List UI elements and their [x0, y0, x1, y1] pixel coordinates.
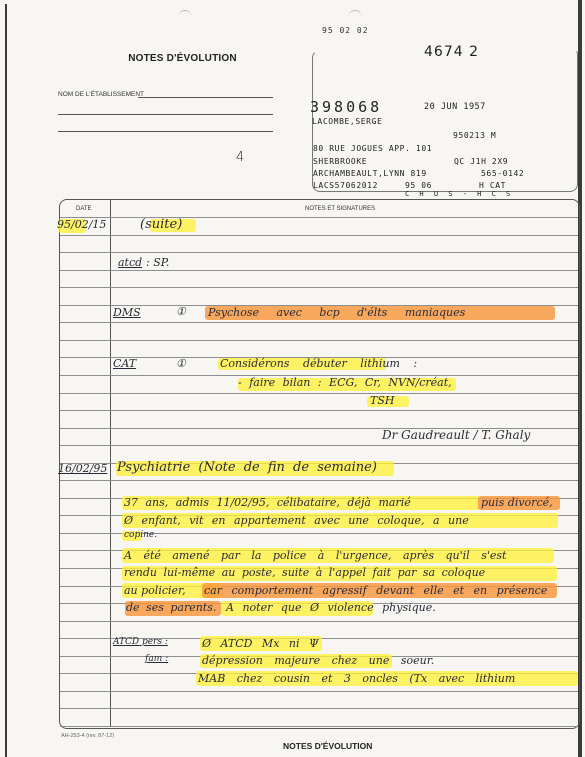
patient-city: SHERBROOKE — [313, 157, 367, 166]
establishment-line — [138, 97, 273, 98]
establishment-label: NOM DE L'ÉTABLISSEMENT — [58, 91, 144, 98]
patient-id: 398068 — [310, 98, 382, 116]
insurance-expiry: 95 06 — [405, 181, 432, 190]
history-family-label: fam : — [145, 654, 168, 664]
ruled-line — [60, 252, 578, 253]
patient-insurance: LACS57062012 — [313, 181, 378, 190]
paragraph-line: puis divorcé, — [481, 496, 553, 509]
ruled-line — [60, 726, 578, 727]
ruled-line — [60, 410, 578, 411]
patient-birthdate: 20 JUN 1957 — [424, 102, 486, 112]
establishment-line — [58, 131, 273, 132]
form-code: AH-253-4 (rev. 87-12) — [61, 733, 114, 739]
paragraph-line: de ses parents. — [126, 601, 216, 614]
history-family: MAB chez cousin et 3 oncles (Tx avec lit… — [198, 672, 515, 685]
paragraph-line: Ø enfant, vit en appartement avec une co… — [124, 514, 469, 527]
signature: Dr Gaudreault / T. Ghaly — [382, 428, 530, 442]
notes-column-header: NOTES ET SIGNATURES — [305, 206, 375, 212]
ruled-line — [60, 270, 578, 271]
entry-date: 95/02/15 — [57, 218, 106, 231]
footer-title: NOTES D'ÉVOLUTION — [283, 741, 372, 751]
scanned-form-page: NOTES D'ÉVOLUTION NOM DE L'ÉTABLISSEMENT… — [0, 0, 585, 757]
entry-label: CAT — [113, 357, 136, 370]
entry-line: - faire bilan : ECG, Cr, NVN/créat, — [238, 376, 452, 389]
ruled-line — [60, 340, 578, 341]
paragraph-line: rendu lui-même au poste, suite à l'appel… — [124, 566, 485, 579]
patient-phone: 565-0142 — [481, 169, 524, 178]
patient-code: 950213 M — [453, 131, 496, 140]
entry-line: : SP. — [146, 256, 169, 269]
page-number: 4 — [236, 150, 244, 165]
ruled-line — [60, 480, 578, 481]
entry-title: Psychiatrie (Note de fin de semaine) — [117, 460, 377, 475]
history-family: dépression majeure chez une soeur. — [202, 654, 434, 667]
entry-label: atcd — [118, 256, 142, 269]
ruled-line — [60, 445, 578, 446]
ruled-line — [60, 621, 578, 622]
paragraph-line: au policier, — [124, 584, 186, 597]
ruled-line — [60, 322, 578, 323]
patient-category: H CAT — [479, 181, 506, 190]
ruled-line — [60, 217, 578, 218]
left-edge — [5, 4, 7, 757]
date-column-header: DATE — [76, 206, 92, 212]
paragraph-line: A été amené par la police à l'urgence, a… — [124, 549, 506, 562]
entry-date: 16/02/95 — [58, 462, 107, 475]
ruled-line — [60, 287, 578, 288]
institution: C H U S - H C S — [405, 190, 513, 198]
date-stamp: 95 02 02 — [322, 26, 369, 35]
entry-marker: ① — [176, 305, 186, 318]
paragraph-line: copine. — [124, 530, 157, 540]
entry-line: (suite) — [140, 217, 182, 232]
ruled-line — [60, 393, 578, 394]
paragraph-line: car comportement agressif devant elle et… — [204, 584, 547, 597]
entry-line: Psychose avec bcp d'élts maniaques — [208, 306, 465, 319]
entry-line: Considérons débuter lithium : — [220, 357, 417, 370]
punch-hole — [178, 10, 192, 25]
patient-postal: QC J1H 2X9 — [454, 157, 508, 166]
form-title: NOTES D'ÉVOLUTION — [0, 53, 365, 64]
paragraph-line: 37 ans, admis 11/02/95, célibataire, déj… — [124, 496, 411, 509]
patient-address: 80 RUE JOGUES APP. 101 — [313, 144, 432, 153]
ruled-line — [60, 708, 578, 709]
history-personal: Ø ATCD Mx ni Ψ — [202, 637, 319, 650]
ruled-line — [60, 235, 578, 236]
entry-line: TSH — [370, 394, 394, 407]
entry-label: DMS — [113, 306, 141, 319]
establishment-line — [58, 114, 273, 115]
paragraph-line: A noter que Ø violence physique. — [226, 601, 436, 614]
patient-name: LACOMBE,SERGE — [312, 117, 382, 126]
entry-marker: ① — [176, 357, 186, 370]
patient-contact: ARCHAMBEAULT,LYNN 819 — [313, 169, 427, 178]
punch-hole — [348, 10, 362, 25]
ruled-line — [60, 691, 578, 692]
history-personal-label: ATCD pers : — [113, 637, 168, 647]
